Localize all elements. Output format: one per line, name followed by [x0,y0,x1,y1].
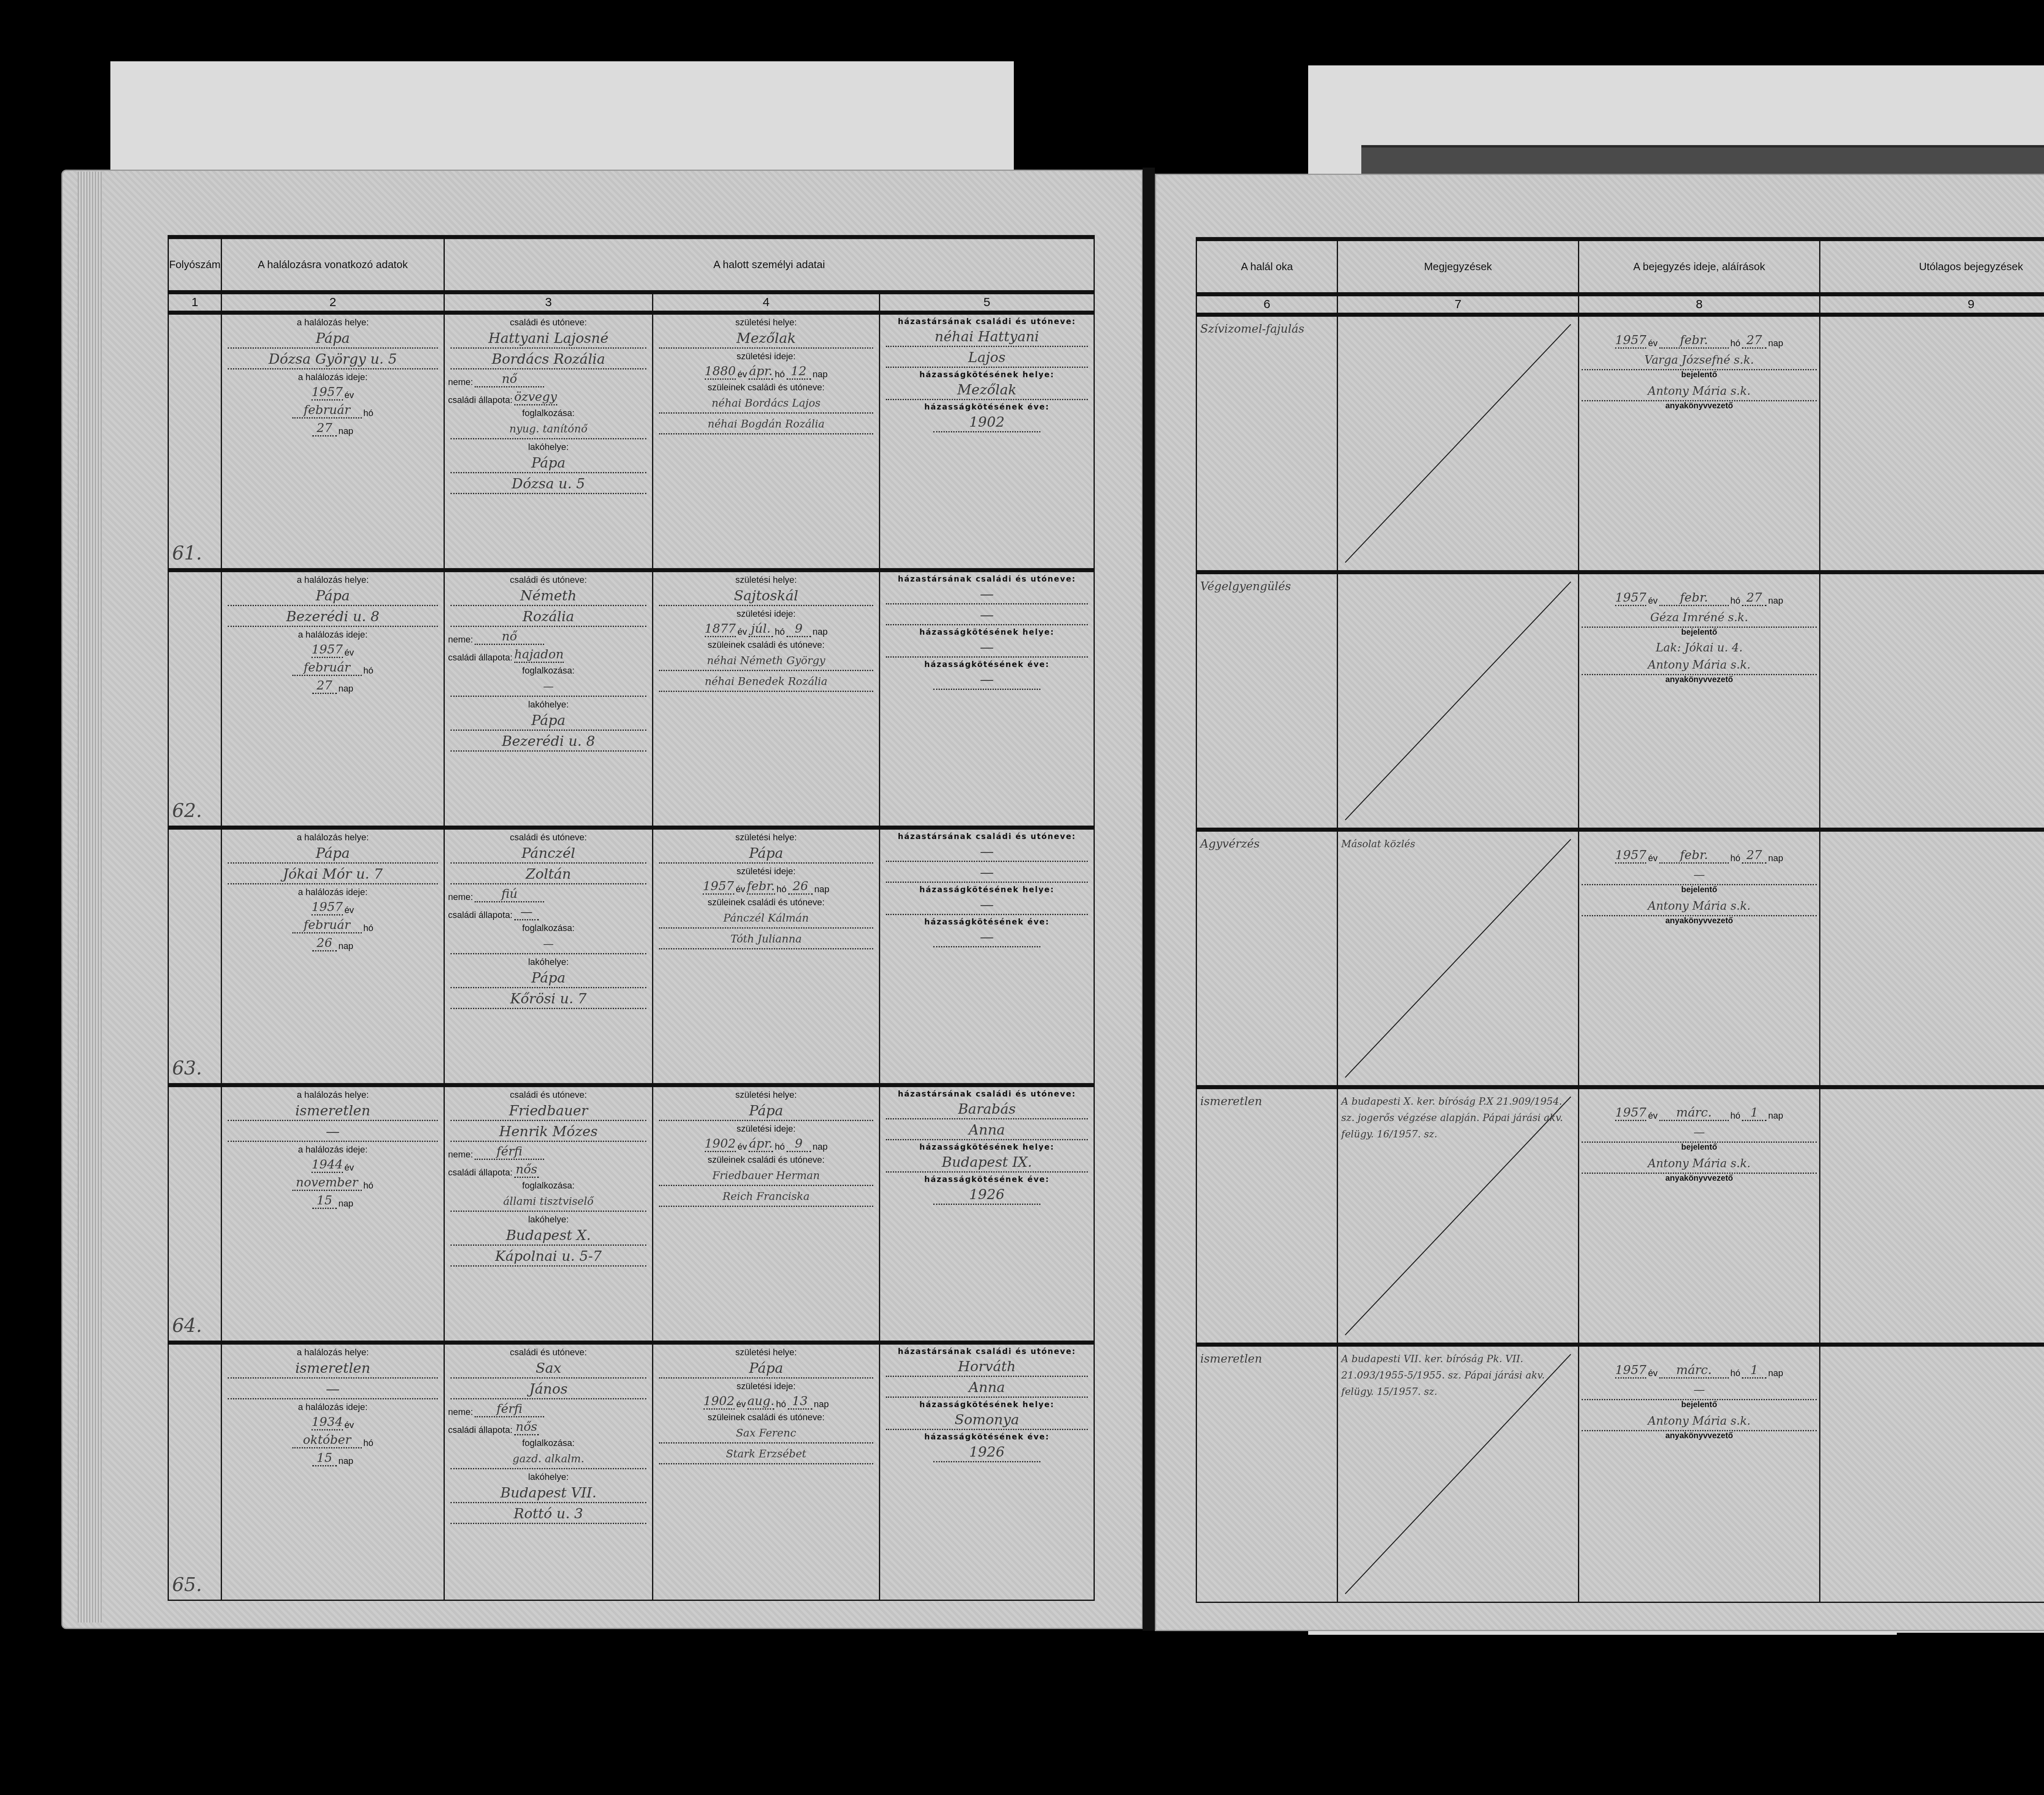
register-row-left: 61. a halálozás helye: Pápa Dózsa György… [168,313,1094,570]
serial-number: 64. [172,1314,202,1336]
residence-line-1: Pápa [450,712,646,731]
remarks-cell: Másolat közlés [1338,830,1579,1087]
name-line-2: János [450,1380,646,1399]
label-residence: lakóhelye: [445,957,652,967]
label-reporter: bejelentő [1579,628,1819,637]
spouse-line-1: — [886,843,1088,862]
cause-of-death: ismeretlen [1197,1089,1337,1114]
death-month: február [292,918,362,933]
label-name: családi és utóneve: [445,575,652,585]
register-row-left: 62. a halálozás helye: Pápa Bezerédi u. … [168,570,1094,828]
death-place-line-1: Pápa [228,587,438,606]
marriage-year-value: — [933,671,1040,690]
label-month: hó [363,1180,373,1191]
label-day: nap [814,1399,829,1410]
marriage-year-value: 1926 [933,1186,1040,1205]
label-birth-time: születési ideje: [653,1124,879,1134]
death-year: 1957 [312,642,343,658]
label-marriage-year: házasságkötésének éve: [880,918,1094,927]
redaction-block-left [153,1633,417,1743]
residence-line-1: Budapest X. [450,1227,646,1246]
entry-cell: 1957év márc.hó 1nap — bejelentő Antony M… [1579,1345,1820,1602]
label-reporter: bejelentő [1579,370,1819,380]
birth-month: ápr. [749,1137,773,1152]
label-birth-time: születési ideje: [653,1381,879,1392]
label-day: nap [338,941,354,951]
label-sex: neme: [448,634,473,645]
marital-value: hajadon [514,647,564,663]
remarks-text [1338,317,1578,325]
name-line-1: Pánczél [450,844,646,864]
label-month: hó [775,1141,784,1152]
page-stack-edge [78,172,102,1623]
label-year: év [736,1399,746,1410]
cause-of-death: Végelgyengülés [1197,574,1337,599]
label-parents: szüleinek családi és utóneve: [653,897,879,908]
birth-year: 1957 [703,879,734,895]
label-registrar: anyakönyvvezető [1579,675,1819,685]
register-row-left: 63. a halálozás helye: Pápa Jókai Mór u.… [168,828,1094,1085]
label-sex: neme: [448,1149,473,1160]
label-reporter: bejelentő [1579,1400,1819,1410]
label-month: hó [1730,1110,1740,1121]
death-place-line-1: ismeretlen [228,1102,438,1121]
label-death-time: a halálozás ideje: [222,629,444,640]
label-occupation: foglalkozása: [445,923,652,933]
label-marital: családi állapota: [448,910,513,920]
label-parents: szüleinek családi és utóneve: [653,382,879,393]
death-month: október [292,1433,362,1448]
label-month: hó [363,408,373,419]
label-day: nap [338,1198,354,1209]
label-residence: lakóhelye: [445,442,652,452]
label-year: év [736,884,745,895]
label-spouse: házastársának családi és utóneve: [880,317,1094,326]
label-spouse: házastársának családi és utóneve: [880,1347,1094,1356]
entry-month: márc. [1659,1106,1729,1121]
cause-cell: ismeretlen [1197,1087,1338,1345]
occupation-value: — [450,678,646,697]
label-year: év [1648,1110,1657,1121]
entry-day: 27 [1742,591,1766,606]
label-birth-time: születési ideje: [653,351,879,362]
label-reporter: bejelentő [1579,1143,1819,1152]
later-entries-cell [1820,830,2044,1087]
label-day: nap [813,627,828,637]
entry-cell: 1957év febr.hó 27nap Géza Imréné s.k. be… [1579,572,1820,830]
death-data-cell: a halálozás helye: Pápa Dózsa György u. … [222,313,444,570]
death-day: 26 [312,936,337,951]
cause-cell: Agyvérzés [1197,830,1338,1087]
serial-cell: 63. [168,828,222,1085]
header-cause: A halál oka [1197,239,1338,294]
spouse-line-1: Barabás [886,1100,1088,1119]
label-name: családi és utóneve: [445,832,652,843]
label-death-place: a halálozás helye: [222,317,444,328]
label-occupation: foglalkozása: [445,665,652,676]
label-registrar: anyakönyvvezető [1579,1431,1819,1441]
label-parents: szüleinek családi és utóneve: [653,640,879,650]
label-occupation: foglalkozása: [445,1438,652,1448]
registrar-signature: Antony Mária s.k. [1582,382,1817,401]
marital-value: nős [514,1162,539,1178]
later-entries-cell [1820,1087,2044,1345]
col-number-5: 5 [880,292,1094,313]
reporter-signature: — [1582,1124,1817,1143]
sex-value: nő [475,629,544,645]
label-month: hó [1730,595,1740,606]
birth-place-value: Pápa [659,1102,873,1121]
reporter-signature: Varga Józsefné s.k. [1582,351,1817,370]
register-row-left: 65. a halálozás helye: ismeretlen — a ha… [168,1343,1094,1600]
remarks-cell: A budapesti X. ker. bíróság P.X 21.909/1… [1338,1087,1579,1345]
parent-2: Reich Franciska [659,1188,873,1207]
remarks-text: A budapesti VII. ker. bíróság Pk. VII. 2… [1338,1347,1578,1404]
label-death-time: a halálozás ideje: [222,887,444,897]
label-marriage-place: házasságkötésének helye: [880,370,1094,379]
spouse-cell: házastársának családi és utóneve: Barabá… [880,1085,1094,1343]
register-row-right: ismeretlen A budapesti X. ker. bíróság P… [1197,1087,2044,1345]
spouse-line-1: néhai Hattyani [886,328,1088,347]
label-occupation: foglalkozása: [445,1180,652,1191]
label-name: családi és utóneve: [445,1090,652,1100]
marital-value: nős [514,1420,539,1435]
label-day: nap [814,884,829,895]
birth-day: 26 [788,879,813,895]
birth-place-value: Pápa [659,1359,873,1379]
label-day: nap [338,1456,354,1466]
strike-through-line [1338,574,1578,828]
strike-through-line [1338,317,1578,570]
label-death-place: a halálozás helye: [222,1347,444,1358]
death-data-cell: a halálozás helye: ismeretlen — a halálo… [222,1085,444,1343]
residence-line-2: Dózsa u. 5 [450,475,646,494]
birth-cell: születési helye: Pápa születési ideje: 1… [653,828,880,1085]
register-table-right: A halál oka Megjegyzések A bejegyzés ide… [1196,237,2044,1603]
death-place-line-1: Pápa [228,844,438,864]
birth-day: 9 [787,622,811,637]
birth-cell: születési helye: Pápa születési ideje: 1… [653,1343,880,1600]
entry-month: febr. [1659,848,1729,864]
label-spouse: házastársának családi és utóneve: [880,575,1094,584]
serial-number: 62. [172,799,202,821]
serial-number: 61. [172,542,202,564]
col-number-6: 6 [1197,294,1338,315]
entry-year: 1957 [1615,848,1646,864]
label-day: nap [1768,595,1783,606]
marriage-place-value: Budapest IX. [886,1153,1088,1173]
birth-year: 1880 [705,364,736,380]
cause-of-death: ismeretlen [1197,1347,1337,1371]
birth-month: júl. [749,622,773,637]
cause-cell: Szívizomel-fajulás [1197,315,1338,572]
register-row-right: Szívizomel-fajulás 1957év febr.hó 27nap … [1197,315,2044,572]
name-line-2: Zoltán [450,865,646,884]
label-day: nap [338,426,354,436]
col-number-9: 9 [1820,294,2044,315]
header-remarks: Megjegyzések [1338,239,1579,294]
label-sex: neme: [448,1407,473,1417]
spouse-line-2: Anna [886,1121,1088,1140]
label-residence: lakóhelye: [445,1214,652,1225]
birth-place-value: Sajtoskál [659,587,873,606]
spouse-cell: házastársának családi és utóneve: néhai … [880,313,1094,570]
header-personal-data: A halott személyi adatai [444,237,1094,292]
spouse-cell: házastársának családi és utóneve: — — há… [880,570,1094,828]
birth-year: 1877 [705,622,736,637]
personal-cell: családi és utóneve: Hattyani Lajosné Bor… [444,313,653,570]
label-sex: neme: [448,892,473,902]
name-line-1: Hattyani Lajosné [450,329,646,349]
death-day: 27 [312,421,337,436]
death-month: február [292,403,362,419]
label-registrar: anyakönyvvezető [1579,916,1819,926]
label-marriage-place: házasságkötésének helye: [880,628,1094,637]
label-month: hó [775,369,784,380]
label-spouse: házastársának családi és utóneve: [880,832,1094,841]
residence-line-1: Pápa [450,969,646,988]
spouse-line-2: — [886,864,1088,883]
header-death-data: A halálozásra vonatkozó adatok [222,237,444,292]
serial-cell: 65. [168,1343,222,1600]
serial-cell: 61. [168,313,222,570]
label-death-place: a halálozás helye: [222,832,444,843]
registrar-signature: Antony Mária s.k. [1582,1412,1817,1431]
entry-year: 1957 [1615,333,1646,349]
label-marriage-year: házasságkötésének éve: [880,403,1094,412]
serial-cell: 64. [168,1085,222,1343]
occupation-value: nyug. tanítónő [450,420,646,439]
parent-2: Stark Erzsébet [659,1445,873,1464]
label-year: év [1648,595,1657,606]
label-month: hó [363,1438,373,1448]
death-place-line-2: Dózsa György u. 5 [228,350,438,369]
label-marriage-year: házasságkötésének éve: [880,660,1094,669]
label-day: nap [813,369,828,380]
name-line-1: Sax [450,1359,646,1379]
register-row-right: Agyvérzés Másolat közlés 1957év febr.hó … [1197,830,2044,1087]
sex-value: fiú [475,887,544,902]
remarks-text: A budapesti X. ker. bíróság P.X 21.909/1… [1338,1089,1578,1146]
label-month: hó [363,923,373,933]
cause-of-death: Szívizomel-fajulás [1197,317,1337,341]
book-spine [1143,168,1155,1631]
parent-2: Tóth Julianna [659,930,873,949]
label-day: nap [813,1141,828,1152]
entry-year: 1957 [1615,1363,1646,1379]
label-month: hó [777,884,787,895]
entry-month: febr. [1659,591,1729,606]
register-row-left: 64. a halálozás helye: ismeretlen — a ha… [168,1085,1094,1343]
birth-place-value: Mezőlak [659,329,873,349]
death-month: február [292,660,362,676]
label-month: hó [1730,1368,1740,1379]
reporter-address: Lak: Jókai u. 4. [1579,640,1819,656]
parent-1: néhai Bordács Lajos [659,394,873,414]
parent-1: Sax Ferenc [659,1424,873,1444]
name-line-2: Henrik Mózes [450,1123,646,1142]
death-place-line-2: Jókai Mór u. 7 [228,865,438,884]
birth-month: aug. [747,1394,774,1410]
label-occupation: foglalkozása: [445,408,652,419]
label-death-time: a halálozás ideje: [222,372,444,383]
label-year: év [345,390,354,401]
col-number-1: 1 [168,292,222,313]
birth-cell: születési helye: Sajtoskál születési ide… [653,570,880,828]
entry-year: 1957 [1615,591,1646,606]
label-year: év [345,647,354,658]
label-month: hó [1730,853,1740,864]
death-place-line-2: Bezerédi u. 8 [228,608,438,627]
later-entries-cell [1820,1345,2044,1602]
personal-cell: családi és utóneve: Friedbauer Henrik Mó… [444,1085,653,1343]
spouse-line-1: Horváth [886,1358,1088,1377]
label-year: év [737,627,747,637]
strike-through-line [1338,832,1578,1085]
label-year: év [345,1420,354,1430]
header-serial: Folyószám [168,237,222,292]
label-day: nap [1768,338,1783,349]
label-spouse: házastársának családi és utóneve: [880,1090,1094,1099]
occupation-value: állami tisztviselő [450,1193,646,1212]
spouse-line-1: — [886,585,1088,604]
label-marriage-place: házasságkötésének helye: [880,1143,1094,1152]
label-name: családi és utóneve: [445,317,652,328]
death-data-cell: a halálozás helye: ismeretlen — a halálo… [222,1343,444,1600]
label-marital: családi állapota: [448,395,513,405]
death-day: 15 [312,1193,337,1209]
name-line-2: Rozália [450,608,646,627]
header-later: Utólagos bejegyzések [1820,239,2044,294]
death-place-line-2: — [228,1380,438,1399]
register-row-right: ismeretlen A budapesti VII. ker. bíróság… [1197,1345,2044,1602]
entry-cell: 1957év febr.hó 27nap Varga Józsefné s.k.… [1579,315,1820,572]
label-marriage-place: házasságkötésének helye: [880,1400,1094,1409]
marriage-year-value: — [933,928,1040,947]
remarks-cell [1338,315,1579,572]
label-birth-place: születési helye: [653,832,879,843]
marriage-place-value: — [886,896,1088,915]
entry-cell: 1957év febr.hó 27nap — bejelentő Antony … [1579,830,1820,1087]
entry-day: 27 [1742,333,1766,349]
parent-1: Pánczél Kálmán [659,909,873,929]
label-birth-place: születési helye: [653,575,879,585]
label-year: év [737,369,747,380]
label-death-time: a halálozás ideje: [222,1144,444,1155]
name-line-1: Friedbauer [450,1102,646,1121]
remarks-text: Másolat közlés [1338,832,1578,856]
spouse-line-2: — [886,606,1088,625]
serial-number: 65. [172,1573,202,1596]
residence-line-1: Pápa [450,454,646,473]
residence-line-2: Kápolnai u. 5-7 [450,1247,646,1267]
label-marital: családi állapota: [448,1167,513,1178]
label-marriage-year: házasságkötésének éve: [880,1432,1094,1441]
death-year: 1957 [312,900,343,915]
col-number-2: 2 [222,292,444,313]
cause-cell: Végelgyengülés [1197,572,1338,830]
residence-line-1: Budapest VII. [450,1484,646,1503]
cause-of-death: Agyvérzés [1197,832,1337,856]
label-day: nap [338,683,354,694]
label-month: hó [776,1399,786,1410]
reporter-signature: — [1582,866,1817,885]
marriage-place-value: Somonya [886,1411,1088,1430]
death-year: 1957 [312,385,343,401]
birth-day: 12 [787,364,811,380]
parent-2: néhai Bogdán Rozália [659,415,873,434]
occupation-value: gazd. alkalm. [450,1450,646,1469]
death-month: november [292,1175,362,1191]
residence-line-2: Rottó u. 3 [450,1505,646,1524]
label-month: hó [363,665,373,676]
death-place-line-1: Pápa [228,329,438,349]
entry-day: 1 [1742,1363,1766,1379]
birth-month: ápr. [749,364,773,380]
label-marriage-year: házasságkötésének éve: [880,1175,1094,1184]
sex-value: férfi [475,1402,544,1417]
later-entries-cell [1820,315,2044,572]
residence-line-2: Kőrösi u. 7 [450,990,646,1009]
marriage-place-value: — [886,638,1088,658]
label-death-place: a halálozás helye: [222,575,444,585]
birth-day: 13 [788,1394,812,1410]
label-year: év [1648,338,1657,349]
parent-1: Friedbauer Herman [659,1167,873,1186]
registrar-signature: Antony Mária s.k. [1582,897,1817,916]
label-registrar: anyakönyvvezető [1579,401,1819,411]
remarks-cell: A budapesti VII. ker. bíróság Pk. VII. 2… [1338,1345,1579,1602]
label-year: év [1648,1368,1657,1379]
occupation-value: — [450,935,646,954]
death-place-line-2: — [228,1123,438,1142]
register-row-right: Végelgyengülés 1957év febr.hó 27nap Géza… [1197,572,2044,830]
header-entry: A bejegyzés ideje, aláírások [1579,239,1820,294]
marital-value: — [514,905,539,920]
label-death-time: a halálozás ideje: [222,1402,444,1412]
registrar-signature: Antony Mária s.k. [1582,656,1817,675]
label-birth-place: születési helye: [653,1347,879,1358]
spouse-line-2: Lajos [886,349,1088,368]
birth-year: 1902 [705,1137,736,1152]
entry-month: márc. [1659,1363,1729,1379]
label-month: hó [775,627,784,637]
name-line-1: Németh [450,587,646,606]
later-entries-cell [1820,572,2044,830]
marriage-place-value: Mezőlak [886,381,1088,400]
spouse-line-2: Anna [886,1379,1088,1398]
remarks-cell [1338,572,1579,830]
label-sex: neme: [448,377,473,387]
death-data-cell: a halálozás helye: Pápa Bezerédi u. 8 a … [222,570,444,828]
entry-day: 27 [1742,848,1766,864]
death-place-line-1: ismeretlen [228,1359,438,1379]
label-day: nap [1768,1110,1783,1121]
col-number-3: 3 [444,292,653,313]
redaction-block-right [1897,1633,2044,1674]
col-number-7: 7 [1338,294,1579,315]
label-marital: családi állapota: [448,652,513,663]
death-day: 15 [312,1451,337,1466]
col-number-4: 4 [653,292,880,313]
label-registrar: anyakönyvvezető [1579,1174,1819,1183]
death-day: 27 [312,678,337,694]
label-marriage-place: házasságkötésének helye: [880,885,1094,894]
label-year: év [345,1162,354,1173]
serial-cell: 62. [168,570,222,828]
label-marital: családi állapota: [448,1425,513,1435]
label-reporter: bejelentő [1579,885,1819,895]
